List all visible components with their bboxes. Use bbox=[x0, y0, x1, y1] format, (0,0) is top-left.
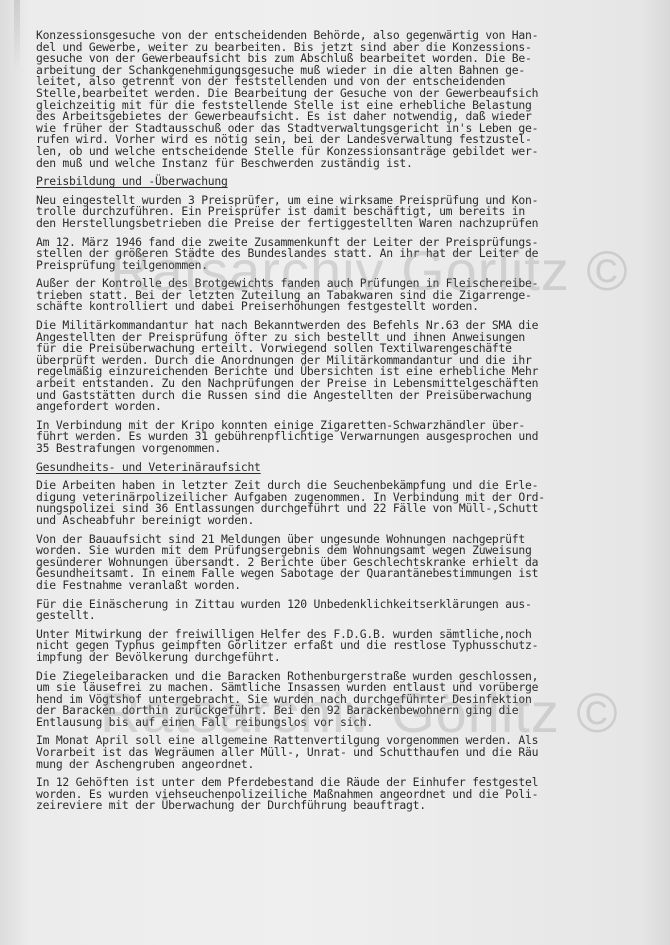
text-line: den muß und welche Instanz für Beschwerd… bbox=[36, 158, 670, 170]
text-line: zeireviere mit der Überwachung der Durch… bbox=[36, 800, 670, 812]
paragraph: Für die Einäscherung in Zittau wurden 12… bbox=[36, 599, 670, 622]
text-line: gestellt. bbox=[36, 610, 670, 622]
text-line: mung der Aschengruben angeordnet. bbox=[36, 759, 670, 771]
text-line: angefordert worden. bbox=[36, 401, 670, 413]
paragraph: Die Arbeiten haben in letzter Zeit durch… bbox=[36, 480, 670, 526]
text-line: 35 Bestrafungen vorgenommen. bbox=[36, 443, 670, 455]
text-line: Entlausung bis auf einen Fall reibungslo… bbox=[36, 717, 670, 729]
typewritten-text-body: Konzessionsgesuche von der entscheidende… bbox=[36, 30, 670, 819]
section-heading: Gesundheits- und Veterinäraufsicht bbox=[36, 462, 670, 474]
text-line: impfung der Bevölkerung durchgeführt. bbox=[36, 652, 670, 664]
text-line: Für die Einäscherung in Zittau wurden 12… bbox=[36, 599, 670, 611]
paragraph: Neu eingestellt wurden 3 Preisprüfer, um… bbox=[36, 195, 670, 230]
text-line: den Herstellungsbetrieben die Preise der… bbox=[36, 218, 670, 230]
paragraph: Die Ziegeleibaracken und die Baracken Ro… bbox=[36, 671, 670, 729]
paper-crease bbox=[14, 0, 20, 70]
scanned-document-page: Konzessionsgesuche von der entscheidende… bbox=[0, 0, 670, 945]
text-line: und Ascheabfuhr bereinigt worden. bbox=[36, 515, 670, 527]
paragraph: Die Militärkommandantur hat nach Bekannt… bbox=[36, 320, 670, 413]
paragraph: Im Monat April soll eine allgemeine Ratt… bbox=[36, 735, 670, 770]
paragraph: Von der Bauaufsicht sind 21 Meldungen üb… bbox=[36, 534, 670, 592]
text-line: Preisprüfung teilgenommen. bbox=[36, 260, 670, 272]
paragraph: Unter Mitwirkung der freiwilligen Helfer… bbox=[36, 629, 670, 664]
paragraph: Am 12. März 1946 fand die zweite Zusamme… bbox=[36, 237, 670, 272]
section-heading: Preisbildung und -Überwachung bbox=[36, 176, 670, 188]
paragraph: Außer der Kontrolle des Brotgewichts fan… bbox=[36, 278, 670, 313]
paragraph: Konzessionsgesuche von der entscheidende… bbox=[36, 30, 670, 169]
paragraph: In Verbindung mit der Kripo konnten eini… bbox=[36, 420, 670, 455]
paragraph: In 12 Gehöften ist unter dem Pferdebesta… bbox=[36, 777, 670, 812]
text-line: die Festnahme veranlaßt worden. bbox=[36, 580, 670, 592]
text-line: schäfte kontrolliert und dabei Preiserhö… bbox=[36, 301, 670, 313]
